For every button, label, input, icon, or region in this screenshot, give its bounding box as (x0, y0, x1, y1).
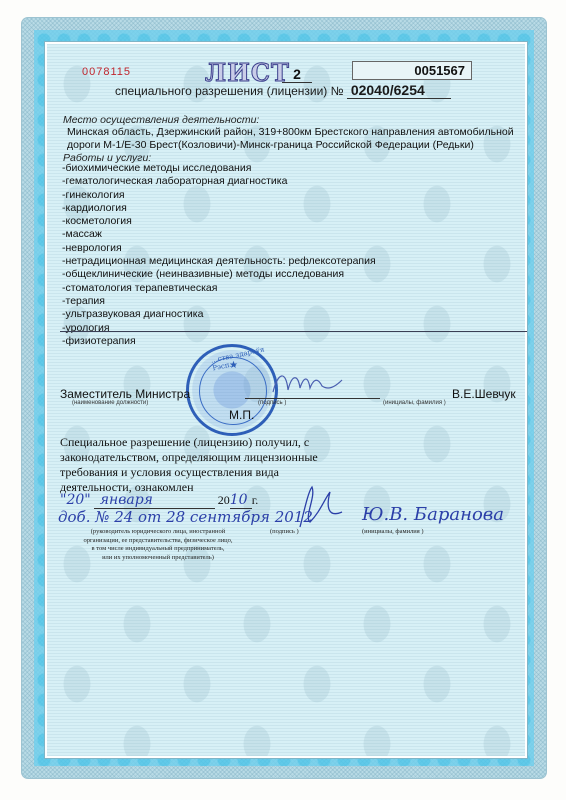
sheet-number: 2 (282, 66, 312, 83)
name-caption: (инициалы, фамилия ) (383, 400, 446, 406)
license-number: 02040/6254 (347, 82, 451, 99)
date-month: января (94, 492, 215, 509)
service-item: -неврология (62, 242, 376, 255)
location-label: Место осуществления деятельности: (63, 114, 259, 126)
service-item: -кардиология (62, 202, 376, 215)
red-serial-number: 0078115 (82, 66, 131, 78)
date-year-unit: г. (252, 493, 259, 507)
official-position: Заместитель Министра (60, 387, 190, 401)
ack-date: "20" января 2010г. (60, 492, 258, 509)
ack-line-3: требования и условия осуществления вида (60, 465, 318, 480)
service-item: -биохимические методы исследования (62, 162, 376, 175)
date-day: "20" (60, 492, 91, 508)
recipient-caption-line-4: или их уполномоченный представитель) (73, 554, 243, 563)
recipient-caption: (руководитель юридического лица, иностра… (73, 528, 243, 562)
location-line-1: Минская область, Дзержинский район, 319+… (67, 126, 514, 139)
service-item: -массаж (62, 228, 376, 241)
recipient-caption-line-2: организации, ее представительства, физич… (73, 537, 243, 546)
date-year-suffix: 10 (230, 492, 252, 509)
recipient-signature (290, 482, 350, 532)
service-item: -косметология (62, 215, 376, 228)
ack-line-2: законодательством, определяющим лицензио… (60, 450, 318, 465)
official-signature (268, 362, 348, 402)
license-line: специального разрешения (лицензии) № 020… (115, 82, 451, 99)
service-item: -ультразвуковая диагностика (62, 308, 376, 321)
recipient-caption-line-3: в том числе индивидуальный предпринимате… (73, 545, 243, 554)
recipient-name-handwritten: Ю.В. Баранова (362, 504, 504, 525)
location-line-2: дороги М-1/Е-30 Брест(Козловичи)-Минск-г… (67, 139, 474, 152)
service-item: -терапия (62, 295, 376, 308)
official-seal-stamp: ★ …ства здароўя Рэсп… (186, 344, 278, 436)
acknowledgement-text: Специальное разрешение (лицензию) получи… (60, 435, 318, 495)
service-item: -урология (62, 322, 376, 335)
services-list: -биохимические методы исследования -гема… (62, 162, 376, 348)
recipient-caption-line-1: (руководитель юридического лица, иностра… (73, 528, 243, 537)
service-item: -общеклинические (неинвазивные) методы и… (62, 268, 376, 281)
handwritten-note: доб. № 24 от 28 сентября 2012 (58, 508, 313, 526)
recipient-name-caption: (инициалы, фамилия ) (362, 528, 424, 535)
service-item: -гематологическая лабораторная диагности… (62, 175, 376, 188)
section-divider (60, 331, 527, 332)
signature-caption: (подпись ) (258, 400, 286, 406)
form-number: 0051567 (352, 61, 472, 80)
ack-line-1: Специальное разрешение (лицензию) получи… (60, 435, 318, 450)
position-caption: (наименование должности) (72, 400, 148, 406)
service-item: -гинекология (62, 189, 376, 202)
recipient-signature-caption: (подпись ) (270, 528, 299, 535)
official-name: В.Е.Шевчук (452, 387, 516, 401)
date-year-prefix: 20 (218, 493, 230, 507)
service-item: -нетрадиционная медицинская деятельность… (62, 255, 376, 268)
seal-label: М.П. (229, 408, 254, 422)
service-item: -стоматология терапевтическая (62, 282, 376, 295)
license-label: специального разрешения (лицензии) № (115, 84, 343, 98)
